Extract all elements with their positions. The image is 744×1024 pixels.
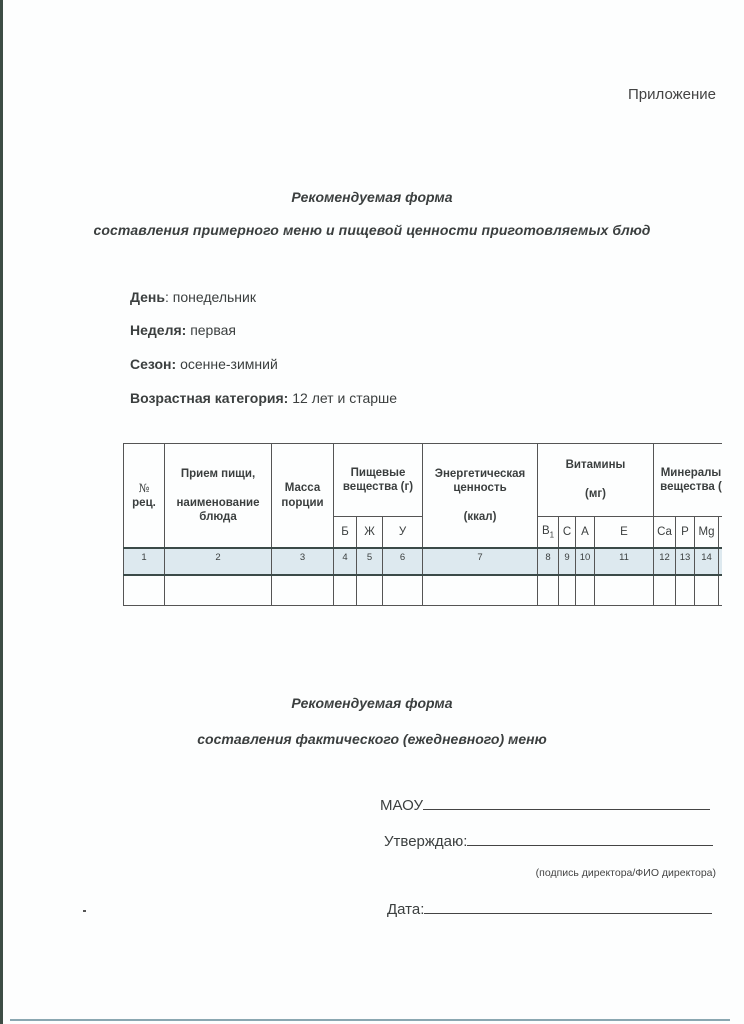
- subheader-calcium: Ca: [654, 517, 676, 549]
- form2-title: Рекомендуемая форма: [0, 695, 744, 711]
- org-label: МАОУ: [380, 797, 423, 814]
- table-cell[interactable]: [676, 575, 695, 606]
- column-number: 5: [357, 548, 383, 575]
- column-number: 6: [383, 548, 423, 575]
- table-cell[interactable]: [124, 575, 165, 606]
- date-field: Дата:: [387, 901, 712, 918]
- org-field: МАОУ: [380, 797, 710, 814]
- form1-title: Рекомендуемая форма: [0, 189, 744, 205]
- date-input-line[interactable]: [424, 912, 712, 914]
- table-cell[interactable]: [423, 575, 538, 606]
- page-edge-clip: [722, 440, 744, 615]
- column-number: 14: [695, 548, 719, 575]
- approve-input-line[interactable]: [467, 844, 713, 846]
- col-header-nutrients: Пищевые вещества (г): [334, 444, 423, 517]
- column-number: 10: [576, 548, 595, 575]
- col-header-rec-no: № рец.: [124, 444, 165, 549]
- table-cell[interactable]: [383, 575, 423, 606]
- org-input-line[interactable]: [423, 808, 710, 810]
- field-week: Неделя: первая: [130, 322, 236, 338]
- menu-table: № рец. Прием пищи, наименование блюда Ма…: [123, 443, 729, 606]
- column-number: 8: [538, 548, 559, 575]
- table-cell[interactable]: [654, 575, 676, 606]
- table-header-row: № рец. Прием пищи, наименование блюда Ма…: [124, 444, 729, 517]
- field-label: Неделя:: [130, 322, 186, 338]
- subheader-vitamin-a: A: [576, 517, 595, 549]
- subheader-vitamin-b1: B1: [538, 517, 559, 549]
- col-header-energy: Энергетическая ценность (ккал): [423, 444, 538, 549]
- column-number: 11: [595, 548, 654, 575]
- column-number: 12: [654, 548, 676, 575]
- field-age-category: Возрастная категория: 12 лет и старше: [130, 390, 397, 406]
- date-label: Дата:: [387, 901, 424, 918]
- table-cell[interactable]: [165, 575, 272, 606]
- field-label: Возрастная категория:: [130, 390, 288, 406]
- field-label: День: [130, 289, 165, 305]
- column-number: 13: [676, 548, 695, 575]
- subheader-magnesium: Mg: [695, 517, 719, 549]
- column-number: 2: [165, 548, 272, 575]
- col-header-portion: Масса порции: [272, 444, 334, 549]
- form1-subtitle: составления примерного меню и пищевой це…: [0, 222, 744, 238]
- column-number: 4: [334, 548, 357, 575]
- approve-label: Утверждаю:: [384, 833, 467, 850]
- signature-note: (подпись директора/ФИО директора): [536, 867, 716, 879]
- table-cell[interactable]: [695, 575, 719, 606]
- subheader-protein: Б: [334, 517, 357, 549]
- approve-field: Утверждаю:: [384, 833, 713, 850]
- scan-artifact: [83, 910, 86, 912]
- table-cell[interactable]: [357, 575, 383, 606]
- subheader-carbs: У: [383, 517, 423, 549]
- table-row: [124, 575, 729, 606]
- field-day: День: понедельник: [130, 289, 256, 305]
- column-number: 7: [423, 548, 538, 575]
- table-cell[interactable]: [538, 575, 559, 606]
- subheader-fat: Ж: [357, 517, 383, 549]
- column-number-row: 1 2 3 4 5 6 7 8 9 10 11 12 13 14: [124, 548, 729, 575]
- field-label: Сезон:: [130, 356, 176, 372]
- column-number: 1: [124, 548, 165, 575]
- table-cell[interactable]: [559, 575, 576, 606]
- table-cell[interactable]: [334, 575, 357, 606]
- appendix-label: Приложение: [628, 86, 716, 103]
- field-value: понедельник: [173, 289, 256, 305]
- form2-subtitle: составления фактического (ежедневного) м…: [0, 731, 744, 747]
- field-season: Сезон: осенне-зимний: [130, 356, 278, 372]
- col-header-meal: Прием пищи, наименование блюда: [165, 444, 272, 549]
- scan-edge: [0, 0, 3, 1024]
- field-value: осенне-зимний: [180, 356, 278, 372]
- col-header-minerals: Минералы вещества (: [654, 444, 729, 517]
- subheader-phosphorus: P: [676, 517, 695, 549]
- table-cell[interactable]: [272, 575, 334, 606]
- field-value: первая: [190, 322, 236, 338]
- subheader-vitamin-e: E: [595, 517, 654, 549]
- table-cell[interactable]: [595, 575, 654, 606]
- col-header-vitamins: Витамины (мг): [538, 444, 654, 517]
- subheader-vitamin-c: C: [559, 517, 576, 549]
- field-value: 12 лет и старше: [292, 390, 397, 406]
- table-cell[interactable]: [576, 575, 595, 606]
- column-number: 3: [272, 548, 334, 575]
- scan-edge: [10, 1019, 730, 1021]
- column-number: 9: [559, 548, 576, 575]
